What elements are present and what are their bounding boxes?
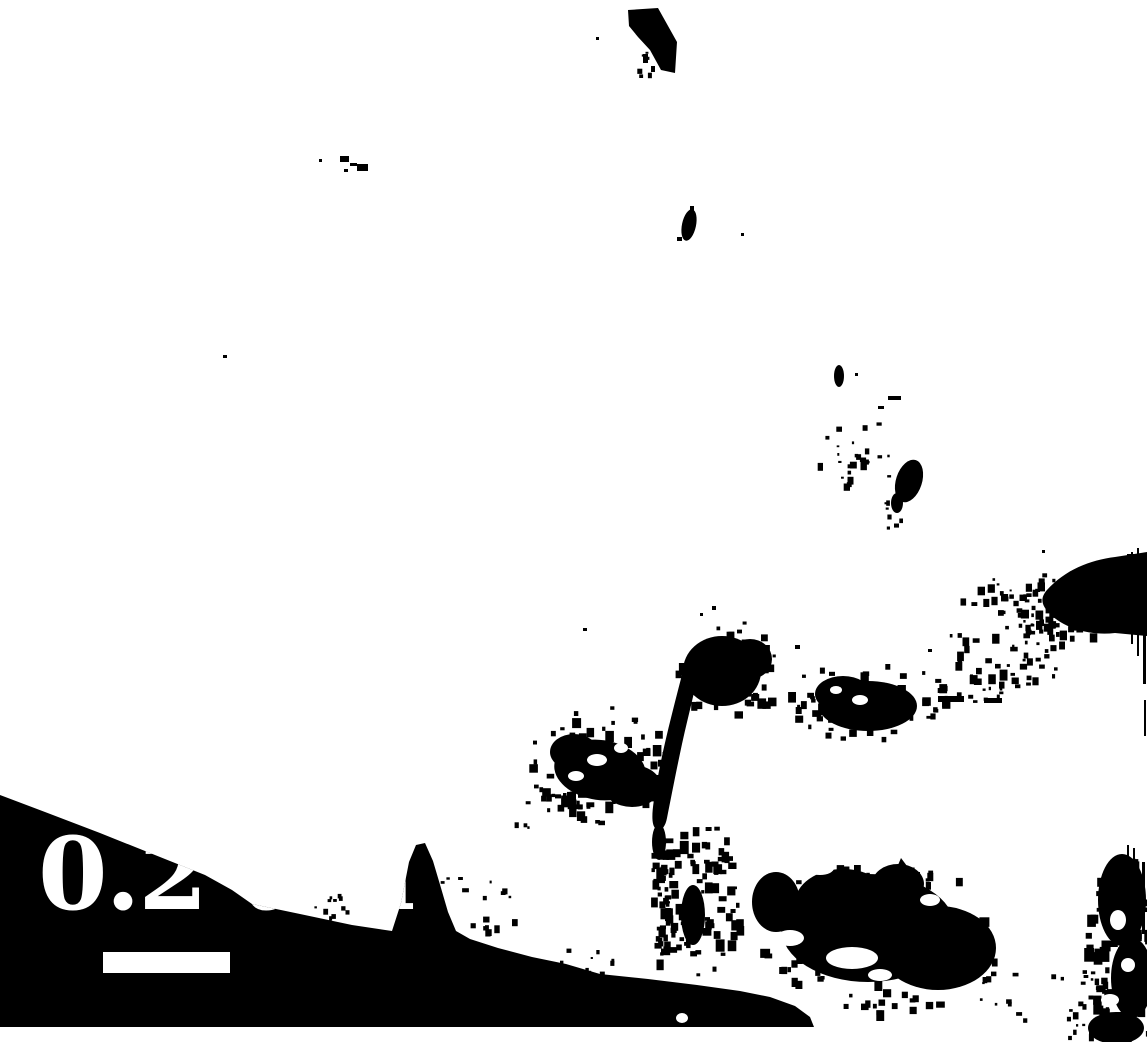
speckle-grain	[788, 692, 796, 703]
speckle-grain	[930, 951, 935, 955]
speckle-grain	[680, 841, 689, 854]
speckle-grain	[822, 686, 829, 692]
speckle-grain	[1091, 971, 1095, 974]
speckle-grain	[1009, 594, 1014, 598]
speckle-grain	[731, 909, 736, 913]
speckle-grain	[1136, 891, 1144, 899]
speckle-grain	[1070, 571, 1076, 577]
speckle-grain	[666, 849, 673, 853]
speckle-grain	[1049, 635, 1055, 642]
speckle-grain	[850, 462, 857, 469]
speckle-grain	[999, 692, 1003, 695]
speckle-grain	[735, 711, 744, 718]
speckle-grain	[1096, 979, 1098, 981]
speckle-grain	[926, 878, 930, 881]
speckle-grain	[970, 922, 979, 928]
speckle-grain	[1101, 592, 1109, 598]
speckle-grain	[1052, 674, 1055, 678]
speckle-grain	[900, 673, 907, 679]
speckle-grain	[1067, 615, 1071, 618]
speckle-grain	[596, 950, 599, 954]
speckle-grain	[449, 922, 452, 924]
speckle-grain	[651, 762, 658, 770]
speckle-grain	[876, 704, 882, 711]
speckle-grain	[665, 895, 671, 899]
speckle-grain	[487, 929, 492, 936]
speckle-grain	[926, 1002, 933, 1009]
speckle-grain	[979, 917, 989, 927]
speckle-grain	[891, 712, 898, 720]
speckle-grain	[595, 820, 600, 824]
speckle-grain	[1005, 626, 1009, 630]
speckle-grain	[887, 527, 890, 530]
speckle-grain	[1011, 673, 1016, 676]
speckle-grain	[781, 967, 787, 974]
speckle-grain	[328, 899, 332, 902]
speckle-grain	[897, 949, 902, 954]
speckle-grain	[725, 857, 730, 864]
speckle-grain	[1074, 616, 1079, 622]
speckle-grain	[922, 697, 931, 706]
speckle-grain	[795, 716, 803, 723]
speckle-grain	[1089, 996, 1094, 1000]
speckle-grain	[728, 863, 736, 869]
speckle-grain	[1015, 684, 1020, 688]
speckle-grain	[329, 916, 332, 920]
speckle-grain	[762, 645, 770, 653]
speckle-grain	[718, 645, 722, 650]
speckle-grain	[717, 907, 725, 913]
speckle-grain	[885, 502, 888, 504]
speckle-grain	[571, 762, 577, 767]
speckle-grain	[1142, 908, 1147, 913]
speckle-grain	[693, 827, 700, 836]
speckle-grain	[641, 734, 645, 739]
speckle-grain	[725, 653, 734, 664]
speckle-grain	[605, 802, 613, 814]
speckle-grain	[899, 709, 903, 713]
speckle-grain	[743, 622, 747, 625]
speckle-grain	[577, 811, 585, 821]
speckle-grain	[742, 640, 750, 649]
speckle-grain	[697, 879, 703, 883]
speckle-grain	[586, 750, 589, 752]
speckle-grain	[797, 705, 800, 708]
speckle-grain	[1046, 617, 1054, 623]
speckle-grain	[898, 685, 906, 693]
speckle-grain	[534, 759, 538, 764]
speckle-grain	[1060, 631, 1067, 641]
speckle-grain	[594, 772, 600, 776]
speckle-grain	[1126, 975, 1135, 983]
speckle-grain	[933, 707, 938, 712]
speckle-grain	[669, 881, 678, 888]
speckle-grain	[769, 665, 775, 673]
speckle-grain	[587, 728, 595, 737]
speckle-grain	[1128, 896, 1136, 905]
speckle-grain	[788, 967, 792, 972]
scale-bar	[103, 952, 230, 973]
speckle-grain	[660, 839, 666, 844]
speckle-grain	[938, 688, 942, 693]
speckle-grain	[1090, 633, 1098, 642]
speckle-grain	[483, 896, 487, 900]
speckle-grain	[926, 882, 931, 890]
speckle-grain	[502, 888, 507, 894]
speckle-grain	[649, 778, 652, 781]
speckle-grain	[564, 750, 567, 752]
speckle-grain	[597, 779, 606, 786]
micrograph: 0.2 um	[0, 0, 1147, 1042]
speckle-grain	[712, 862, 719, 867]
speckle-grain	[852, 688, 857, 696]
speckle-grain	[333, 899, 337, 902]
speckle-grain	[1099, 950, 1102, 952]
speckle-grain	[727, 886, 735, 895]
speckle-grain	[1047, 627, 1053, 635]
speckle-grain	[602, 727, 605, 731]
speckle-grain	[509, 896, 512, 898]
speckle-grain	[982, 982, 985, 984]
speckle-grain	[737, 630, 742, 634]
speckle-grain	[1118, 947, 1126, 957]
speckle-grain	[462, 888, 469, 892]
speckle-grain	[1054, 667, 1058, 670]
speckle-grain	[708, 889, 712, 892]
speckle-grain	[567, 949, 572, 953]
speckle-grain	[451, 936, 454, 939]
speckle-grain	[678, 674, 682, 677]
speckle-grain	[993, 578, 996, 581]
speckle-grain	[1096, 891, 1102, 896]
speckle-grain	[827, 698, 831, 701]
speckle-grain	[714, 931, 721, 939]
speckle-grain	[646, 52, 649, 54]
speckle-grain	[899, 519, 903, 524]
speckle-grain	[680, 832, 688, 840]
speckle-grain	[632, 718, 638, 722]
speckle-grain	[1103, 874, 1110, 879]
speckle-grain	[687, 854, 693, 859]
speckle-grain	[458, 877, 463, 880]
speckle-grain	[848, 708, 853, 714]
speckle-grain	[1056, 603, 1060, 606]
speckle-grain	[796, 880, 802, 884]
speckle-grain	[679, 914, 687, 921]
speckle-grain	[802, 675, 806, 678]
speckle-grain	[1122, 932, 1128, 936]
speckle-grain	[1061, 590, 1067, 596]
speckle-grain	[820, 965, 824, 969]
speckle-grain	[1033, 590, 1039, 597]
speckle-grain	[995, 1003, 998, 1006]
speckle-grain	[961, 951, 968, 957]
speckle-grain	[515, 822, 519, 828]
speckle-grain	[829, 728, 834, 731]
speckle-grain	[643, 801, 650, 809]
speckle-grain	[820, 668, 825, 674]
speckle-grain	[1099, 1008, 1104, 1012]
speckle-grain	[1006, 999, 1012, 1004]
speckle-grain	[658, 760, 667, 767]
speckle-grain	[1069, 1009, 1073, 1012]
speckle-grain	[338, 894, 342, 899]
speckle-grain	[740, 661, 745, 665]
speckle-grain	[1081, 982, 1086, 985]
speckle-grain	[976, 668, 982, 674]
speckle-grain	[1012, 678, 1019, 685]
speckle-grain	[552, 794, 556, 797]
speckle-grain	[443, 914, 446, 918]
speckle-grain	[1026, 584, 1032, 592]
speckle-grain	[1138, 1006, 1146, 1017]
speckle-grain	[922, 671, 925, 675]
speckle-grain	[576, 743, 580, 746]
speckle-grain	[887, 455, 889, 458]
speckle-grain	[773, 655, 776, 658]
speckle-grain	[891, 730, 898, 735]
speckle-grain	[600, 972, 605, 976]
speckle-grain	[764, 669, 769, 674]
speckle-grain	[655, 731, 663, 739]
speckle-grain	[605, 731, 614, 742]
speckle-grain	[611, 721, 615, 725]
speckle-grain	[1068, 1036, 1072, 1040]
speckle-grain	[817, 716, 823, 721]
speckle-grain	[942, 696, 950, 707]
speckle-grain	[494, 925, 499, 933]
speckle-grain	[746, 680, 750, 686]
speckle-grain	[818, 463, 823, 471]
speckle-grain	[1038, 599, 1042, 603]
speckle-grain	[828, 716, 836, 723]
speckle-grain	[829, 890, 837, 898]
speckle-grain	[879, 1000, 886, 1006]
speckle-grain	[630, 796, 636, 804]
speckle-grain	[671, 932, 675, 938]
speckle-grain	[560, 727, 564, 730]
speckle-grain	[629, 788, 638, 795]
speckle-grain	[991, 972, 996, 977]
speckle-grain	[988, 674, 996, 684]
speckle-grain	[617, 778, 625, 785]
speckle-grain	[446, 877, 449, 879]
speckle-grain	[696, 702, 702, 709]
speckle-grain	[1106, 895, 1115, 906]
speckle-grain	[675, 861, 682, 869]
speckle-grain	[587, 804, 591, 809]
speckle-grain	[664, 942, 671, 950]
speckle-grain	[669, 868, 674, 876]
speckle-grain	[1039, 630, 1043, 634]
speckle-grain	[956, 878, 963, 886]
speckle-grain	[570, 733, 576, 738]
speckle-grain	[1002, 611, 1005, 614]
speckle-grain	[845, 681, 851, 685]
speckle-grain	[745, 700, 751, 706]
speckle-grain	[591, 957, 593, 959]
speckle-grain	[670, 947, 677, 953]
speckle-grain	[666, 838, 674, 843]
speckle-grain	[665, 857, 669, 860]
speckle-grain	[968, 695, 973, 699]
speckle-grain	[1086, 933, 1092, 939]
speckle-grain	[579, 733, 587, 744]
speckle-grain	[837, 865, 844, 876]
speckle-grain	[671, 890, 679, 899]
speckle-grain	[571, 805, 576, 809]
speckle-grain	[930, 968, 938, 976]
speckle-grain	[724, 837, 730, 845]
speckle-grain	[1070, 636, 1075, 642]
speckle-grain	[1053, 607, 1057, 610]
speckle-grain	[655, 943, 662, 949]
speckle-grain	[886, 885, 889, 888]
speckle-grain	[1019, 624, 1023, 628]
speckle-grain	[910, 716, 914, 721]
speckle-grain	[656, 936, 660, 942]
speckle-grain	[596, 746, 604, 753]
speckle-grain	[863, 425, 868, 431]
speckle-grain	[874, 981, 882, 991]
speckle-grain	[637, 752, 644, 761]
speckle-grain	[1032, 606, 1036, 610]
speckle-grain	[1027, 658, 1033, 665]
speckle-grain	[555, 794, 561, 798]
speckle-grain	[1013, 973, 1019, 977]
speckle-grain	[1084, 975, 1089, 978]
speckle-grain	[1042, 573, 1047, 577]
speckle-grain	[659, 853, 664, 860]
speckle-grain	[908, 973, 916, 979]
speckle-grain	[841, 477, 844, 479]
speckle-grain	[954, 939, 957, 941]
speckle-grain	[855, 454, 858, 458]
speckle-grain	[1140, 954, 1147, 962]
speckle-grain	[655, 843, 663, 853]
speckle-grain	[1133, 921, 1137, 924]
speckle-grain	[719, 652, 725, 661]
speckle-grain	[886, 932, 893, 940]
speckle-grain	[671, 923, 678, 931]
speckle-grain	[768, 698, 777, 707]
speckle-grain	[702, 842, 707, 849]
speckle-grain	[955, 929, 964, 938]
speckle-grain	[831, 709, 837, 714]
speckle-grain	[578, 805, 582, 810]
speckle-grain	[1132, 997, 1136, 1000]
speckle-grain	[882, 737, 887, 742]
speckle-grain	[676, 904, 684, 915]
speckle-grain	[808, 725, 811, 730]
speckle-grain	[614, 799, 618, 803]
speckle-grain	[1023, 620, 1025, 623]
speckle-grain	[983, 599, 989, 607]
speckle-grain	[821, 976, 825, 980]
speckle-grain	[887, 515, 891, 520]
speckle-grain	[663, 935, 668, 942]
speckle-grain	[1023, 659, 1026, 662]
speckle-grain	[849, 994, 852, 998]
speckle-grain	[1087, 621, 1092, 627]
speckle-grain	[871, 906, 876, 910]
speckle-grain	[1073, 1012, 1079, 1019]
speckle-grain	[866, 873, 870, 878]
speckle-grain	[570, 792, 576, 800]
speckle-grain	[1078, 1005, 1081, 1007]
speckle-grain	[1031, 624, 1035, 627]
speckle-grain	[1106, 1007, 1109, 1010]
speckle-grain	[825, 436, 829, 440]
speckle-grain	[748, 694, 751, 696]
speckle-grain	[1044, 654, 1049, 658]
speckle-grain	[692, 913, 697, 920]
speckle-grain	[839, 918, 842, 920]
speckle-grain	[985, 658, 992, 663]
speckle-grain	[1090, 957, 1094, 960]
speckle-grain	[684, 942, 687, 946]
speckle-grain	[765, 954, 773, 959]
speckle-grain	[1138, 1028, 1141, 1030]
speckle-grain	[1027, 676, 1032, 681]
speckle-grain	[821, 886, 824, 891]
speckle-grain	[652, 775, 661, 782]
speckle-grain	[963, 637, 970, 646]
speckle-grain	[877, 422, 882, 425]
speckle-grain	[803, 901, 808, 906]
speckle-grain	[729, 941, 732, 944]
speckle-grain	[346, 910, 350, 914]
speckle-grain	[1131, 861, 1139, 873]
speckle-grain	[1051, 974, 1056, 979]
speckle-grain	[637, 69, 642, 74]
speckle-grain	[930, 713, 935, 719]
speckle-grain	[1129, 1003, 1134, 1007]
speckle-grain	[925, 963, 928, 968]
speckle-grain	[1055, 623, 1059, 627]
speckle-grain	[869, 892, 873, 895]
speckle-grain	[838, 461, 841, 463]
speckle-grain	[1117, 888, 1123, 893]
speckle-grain	[706, 827, 712, 831]
speckle-grain	[756, 671, 759, 673]
speckle-grain	[964, 646, 969, 653]
speckle-grain	[661, 867, 667, 873]
speckle-grain	[1098, 617, 1104, 621]
speckle-grain	[908, 943, 915, 951]
speckle-grain	[762, 684, 767, 690]
speckle-grain	[1087, 915, 1096, 927]
speckle-grain	[957, 923, 960, 928]
speckle-grain	[1100, 1030, 1104, 1035]
speckle-grain	[807, 693, 814, 698]
speckle-grain	[1036, 611, 1044, 620]
speckle-grain	[780, 918, 784, 921]
speckle-grain	[1026, 593, 1031, 597]
speckle-grain	[913, 995, 919, 1002]
speckle-grain	[957, 953, 961, 956]
speckle-grain	[935, 679, 941, 683]
speckle-grain	[621, 784, 628, 790]
speckle-grain	[1124, 1033, 1127, 1035]
speckle-grain	[1023, 1018, 1027, 1023]
speckle-grain	[1045, 649, 1049, 653]
speckle-grain	[919, 904, 923, 908]
speckle-grain	[1116, 1012, 1126, 1023]
speckle-grain	[663, 752, 671, 759]
speckle-grain	[1010, 590, 1012, 592]
speckle-grain	[433, 891, 440, 897]
